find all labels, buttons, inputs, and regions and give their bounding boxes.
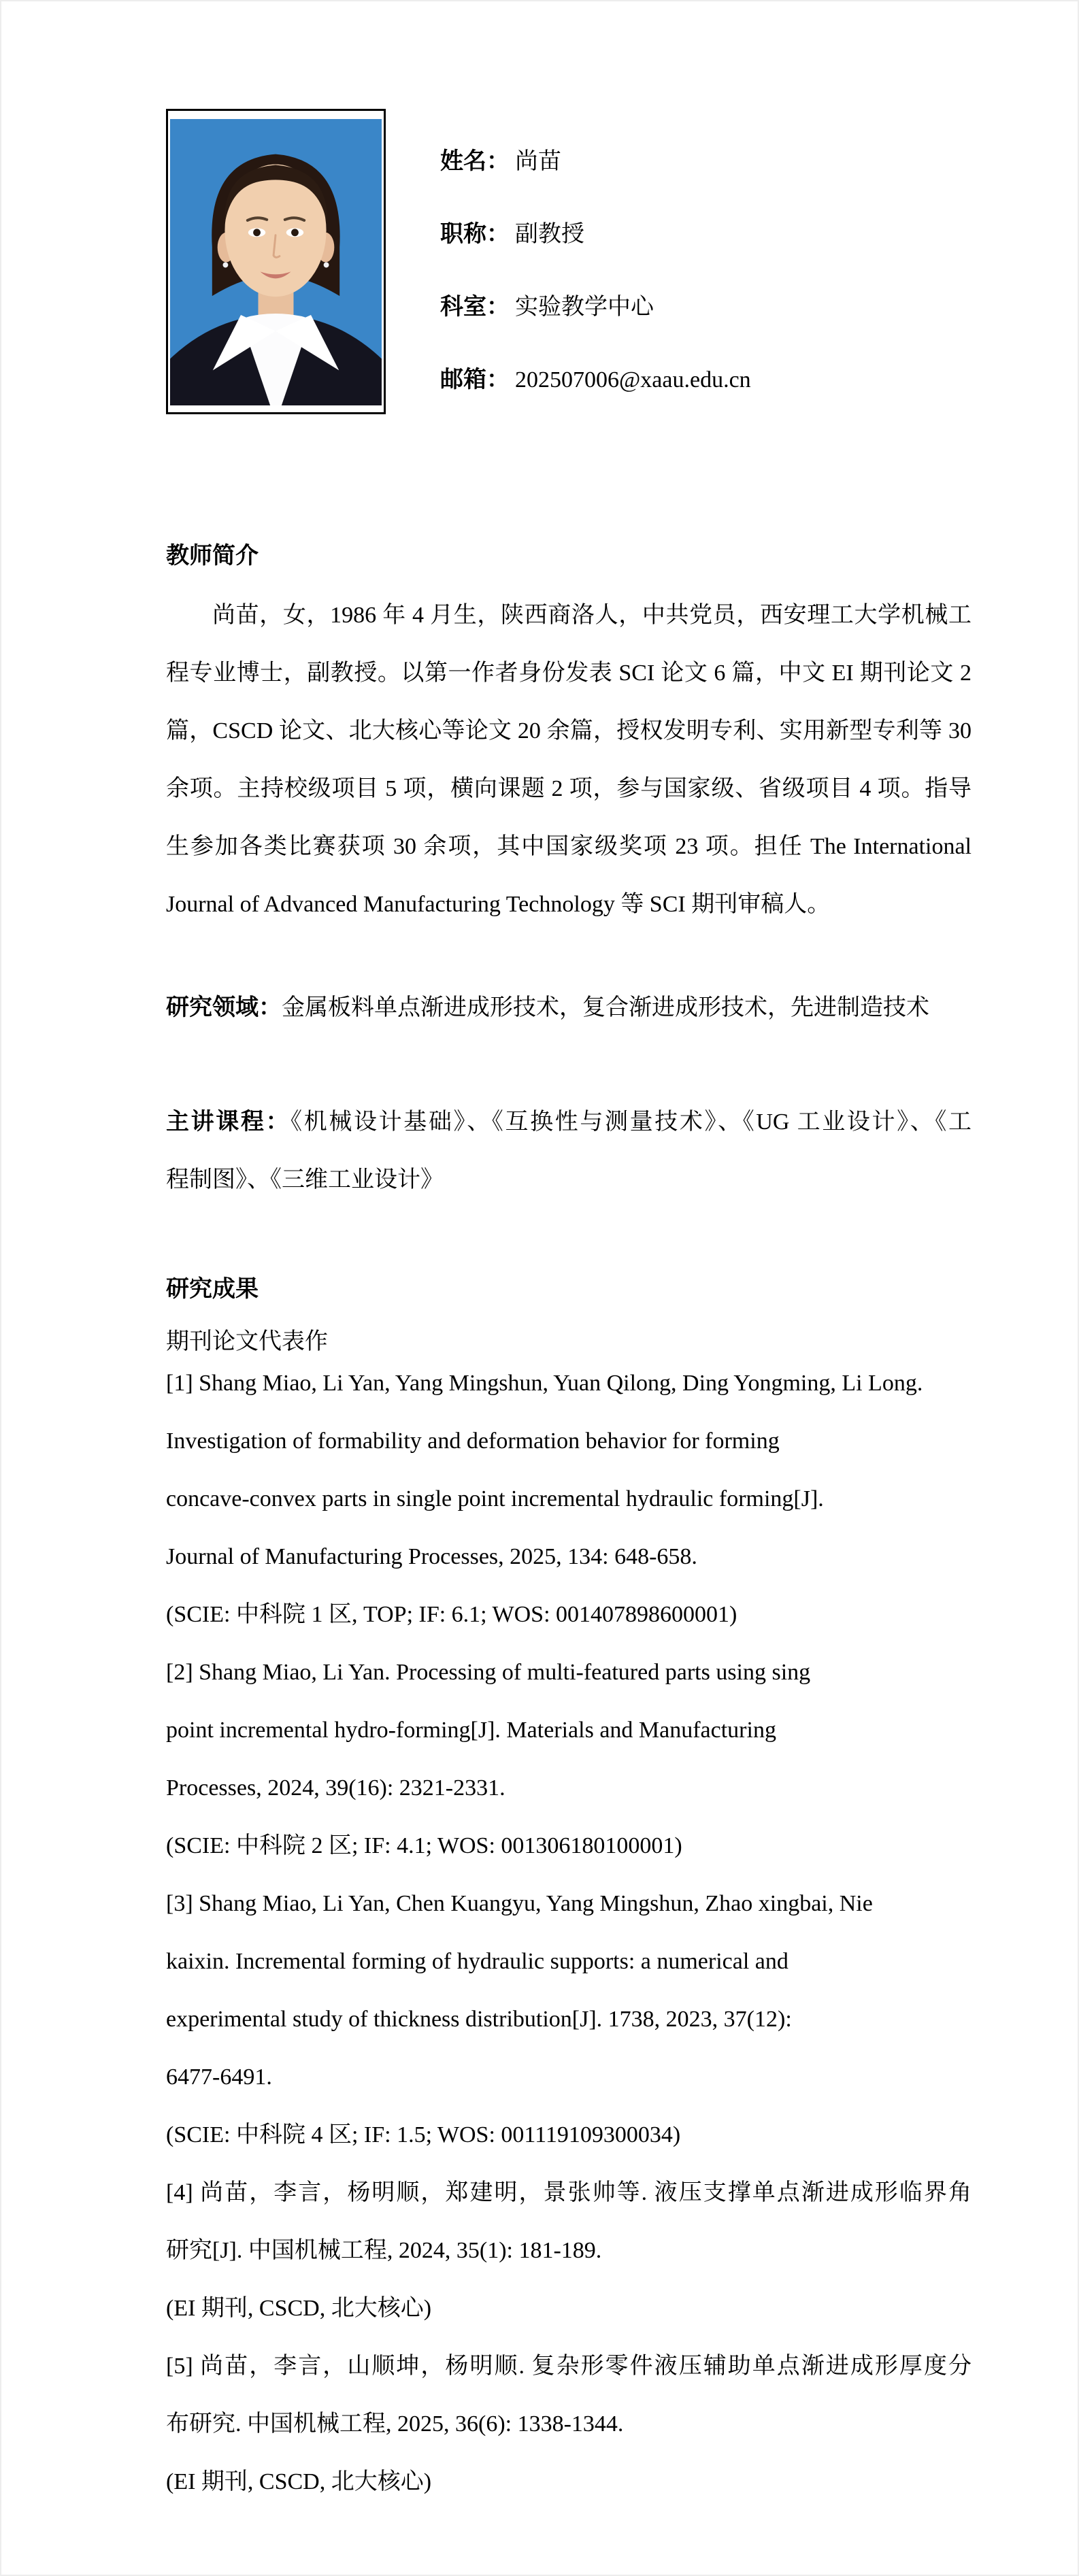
document-content: 姓名：尚苗 职称：副教授 科室：实验教学中心 邮箱：202507006@xaau… [166, 109, 972, 2511]
field-department-value: 实验教学中心 [515, 295, 654, 320]
field-email-label: 邮箱： [440, 367, 510, 392]
courses-text: 《机械设计基础》、《互换性与测量技术》、《UG 工业设计》、《工 [290, 1109, 972, 1135]
publication-item: [1] Shang Miao, Li Yan, Yang Mingshun, Y… [166, 1354, 972, 1643]
research-area-label: 研究领域： [166, 995, 282, 1020]
publication-line: [1] Shang Miao, Li Yan, Yang Mingshun, Y… [166, 1354, 972, 1412]
publication-index-line: (EI 期刊, CSCD, 北大核心) [166, 2279, 972, 2337]
publication-line: point incremental hydro-forming[J]. Mate… [166, 1701, 972, 1759]
field-name-label: 姓名： [440, 149, 510, 174]
publication-line: Investigation of formability and deforma… [166, 1412, 972, 1470]
field-email-value: 202507006@xaau.edu.cn [515, 367, 751, 392]
achievements-heading: 研究成果 [166, 1260, 972, 1318]
bio-section: 教师简介 尚苗，女，1986 年 4 月生，陕西商洛人，中共党员，西安理工大学机… [166, 543, 972, 933]
field-title-value: 副教授 [515, 222, 584, 247]
field-email: 邮箱：202507006@xaau.edu.cn [440, 344, 751, 416]
publication-list: [1] Shang Miao, Li Yan, Yang Mingshun, Y… [166, 1354, 972, 2511]
profile-header: 姓名：尚苗 职称：副教授 科室：实验教学中心 邮箱：202507006@xaau… [166, 109, 972, 416]
field-title: 职称：副教授 [440, 198, 751, 271]
publication-item: [5] 尚苗，李言，山顺坤，杨明顺. 复杂形零件液压辅助单点渐进成形厚度分 布研… [166, 2337, 972, 2511]
field-name-value: 尚苗 [515, 149, 561, 174]
publication-item: [4] 尚苗，李言，杨明顺，郑建明，景张帅等. 液压支撑单点渐进成形临界角 研究… [166, 2164, 972, 2337]
portrait-photo-frame [166, 109, 386, 414]
publication-line: concave-convex parts in single point inc… [166, 1470, 972, 1528]
faculty-profile-page: { "profile": { "photo": { "background_co… [0, 0, 1079, 2576]
publication-index-line: (SCIE: 中科院 4 区; IF: 1.5; WOS: 0011191093… [166, 2106, 972, 2164]
publication-index-line: (EI 期刊, CSCD, 北大核心) [166, 2453, 972, 2511]
research-area-section: 研究领域：金属板料单点渐进成形技术，复合渐进成形技术，先进制造技术 [166, 979, 972, 1037]
publication-index-line: (SCIE: 中科院 2 区; IF: 4.1; WOS: 0013061801… [166, 1817, 972, 1875]
bio-line: 余项。主持校级项目 5 项，横向课题 2 项，参与国家级、省级项目 4 项。指导… [166, 760, 972, 818]
publication-line: 布研究. 中国机械工程, 2025, 36(6): 1338-1344. [166, 2395, 972, 2453]
research-area-text: 金属板料单点渐进成形技术，复合渐进成形技术，先进制造技术 [282, 995, 929, 1020]
publication-index-line: (SCIE: 中科院 1 区, TOP; IF: 6.1; WOS: 00140… [166, 1586, 972, 1643]
bio-line: 程专业博士，副教授。以第一作者身份发表 SCI 论文 6 篇，中文 EI 期刊论… [166, 644, 972, 702]
publication-line: kaixin. Incremental forming of hydraulic… [166, 1933, 972, 1990]
bio-line: 篇，CSCD 论文、北大核心等论文 20 余篇，授权发明专利、实用新型专利等 3… [166, 702, 972, 760]
bio-paragraph: 尚苗，女，1986 年 4 月生，陕西商洛人，中共党员，西安理工大学机械工 程专… [166, 586, 972, 933]
publication-line: [4] 尚苗，李言，杨明顺，郑建明，景张帅等. 液压支撑单点渐进成形临界角 [166, 2164, 972, 2222]
field-department-label: 科室： [440, 295, 510, 320]
research-area-line: 研究领域：金属板料单点渐进成形技术，复合渐进成形技术，先进制造技术 [166, 979, 972, 1037]
achievements-section: 研究成果 期刊论文代表作 [1] Shang Miao, Li Yan, Yan… [166, 1260, 972, 2511]
publication-line: [5] 尚苗，李言，山顺坤，杨明顺. 复杂形零件液压辅助单点渐进成形厚度分 [166, 2337, 972, 2395]
portrait-photo [170, 119, 382, 405]
field-name: 姓名：尚苗 [440, 125, 751, 198]
bio-line: 生参加各类比赛获项 30 余项，其中国家级奖项 23 项。担任 The Inte… [166, 818, 972, 875]
publication-line: 6477-6491. [166, 2048, 972, 2106]
field-title-label: 职称： [440, 222, 510, 247]
bio-line: Journal of Advanced Manufacturing Techno… [166, 875, 972, 933]
publication-line: 研究[J]. 中国机械工程, 2024, 35(1): 181-189. [166, 2222, 972, 2279]
bio-heading: 教师简介 [166, 543, 972, 570]
profile-fields: 姓名：尚苗 职称：副教授 科室：实验教学中心 邮箱：202507006@xaau… [440, 125, 751, 416]
courses-section: 主讲课程：《机械设计基础》、《互换性与测量技术》、《UG 工业设计》、《工 程制… [166, 1093, 972, 1209]
publication-item: [2] Shang Miao, Li Yan. Processing of mu… [166, 1643, 972, 1875]
publication-line: experimental study of thickness distribu… [166, 1990, 972, 2048]
field-department: 科室：实验教学中心 [440, 271, 751, 344]
courses-label: 主讲课程： [166, 1109, 290, 1135]
bio-line: 尚苗，女，1986 年 4 月生，陕西商洛人，中共党员，西安理工大学机械工 [166, 586, 972, 644]
publication-item: [3] Shang Miao, Li Yan, Chen Kuangyu, Ya… [166, 1875, 972, 2164]
publication-line: Journal of Manufacturing Processes, 2025… [166, 1528, 972, 1586]
courses-line: 主讲课程：《机械设计基础》、《互换性与测量技术》、《UG 工业设计》、《工 [166, 1093, 972, 1151]
publication-line: Processes, 2024, 39(16): 2321-2331. [166, 1759, 972, 1817]
publication-line: [3] Shang Miao, Li Yan, Chen Kuangyu, Ya… [166, 1875, 972, 1933]
publication-line: [2] Shang Miao, Li Yan. Processing of mu… [166, 1643, 972, 1701]
courses-line: 程制图》、《三维工业设计》 [166, 1151, 972, 1209]
